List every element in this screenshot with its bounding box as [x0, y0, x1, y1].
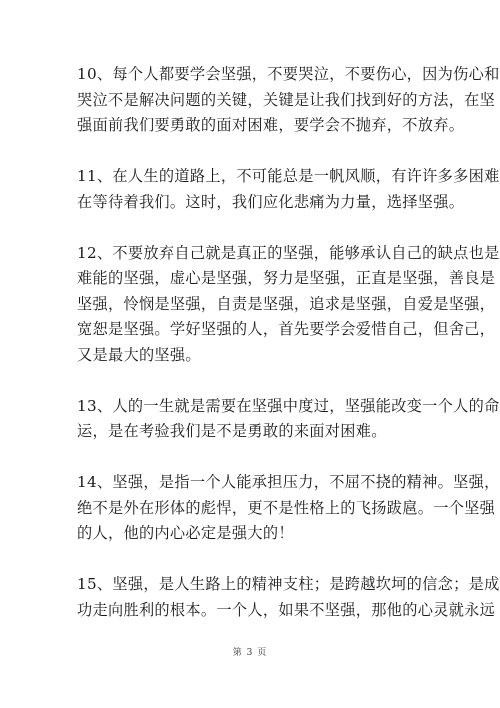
- page-number-footer: 第 3 页: [0, 645, 500, 658]
- paragraph-line: 12、不要放弃自己就是真正的坚强，能够承认自己的缺点也是: [77, 241, 417, 267]
- paragraph-line: 的人，他的内心必定是强大的！: [77, 521, 417, 547]
- paragraph-line: 绝不是外在形体的彪悍，更不是性格上的飞扬跋扈。一个坚强: [77, 496, 417, 522]
- paragraph-10: 10、每个人都要学会坚强，不要哭泣，不要伤心，因为伤心和 哭泣不是解决问题的关键…: [77, 62, 417, 139]
- paragraph-line: 运，是在考验我们是不是勇敢的来面对困难。: [77, 419, 417, 445]
- paragraph-line: 15、坚强，是人生路上的精神支柱；是跨越坎坷的信念；是成: [77, 572, 417, 598]
- paragraph-14: 14、坚强，是指一个人能承担压力，不屈不挠的精神。坚强， 绝不是外在形体的彪悍，…: [77, 470, 417, 547]
- paragraph-line: 13、人的一生就是需要在坚强中度过，坚强能改变一个人的命: [77, 394, 417, 420]
- paragraph-11: 11、在人生的道路上，不可能总是一帆风顺，有许许多多困难 在等待着我们。这时，我…: [77, 164, 417, 215]
- page-content: 10、每个人都要学会坚强，不要哭泣，不要伤心，因为伤心和 哭泣不是解决问题的关键…: [77, 62, 417, 649]
- paragraph-line: 又是最大的坚强。: [77, 343, 417, 369]
- paragraph-line: 功走向胜利的根本。一个人，如果不坚强，那他的心灵就永远: [77, 598, 417, 624]
- paragraph-15: 15、坚强，是人生路上的精神支柱；是跨越坎坷的信念；是成 功走向胜利的根本。一个…: [77, 572, 417, 623]
- paragraph-line: 哭泣不是解决问题的关键，关键是让我们找到好的方法，在坚: [77, 88, 417, 114]
- document-page: 10、每个人都要学会坚强，不要哭泣，不要伤心，因为伤心和 哭泣不是解决问题的关键…: [0, 0, 500, 708]
- paragraph-line: 强面前我们要勇敢的面对困难，要学会不抛弃，不放弃。: [77, 113, 417, 139]
- paragraph-line: 坚强，怜悯是坚强，自责是坚强，追求是坚强，自爱是坚强，: [77, 292, 417, 318]
- paragraph-line: 10、每个人都要学会坚强，不要哭泣，不要伤心，因为伤心和: [77, 62, 417, 88]
- paragraph-line: 宽恕是坚强。学好坚强的人，首先要学会爱惜自己，但舍己，: [77, 317, 417, 343]
- paragraph-line: 在等待着我们。这时，我们应化悲痛为力量，选择坚强。: [77, 190, 417, 216]
- paragraph-line: 14、坚强，是指一个人能承担压力，不屈不挠的精神。坚强，: [77, 470, 417, 496]
- paragraph-line: 11、在人生的道路上，不可能总是一帆风顺，有许许多多困难: [77, 164, 417, 190]
- paragraph-12: 12、不要放弃自己就是真正的坚强，能够承认自己的缺点也是 难能的坚强，虚心是坚强…: [77, 241, 417, 369]
- paragraph-13: 13、人的一生就是需要在坚强中度过，坚强能改变一个人的命 运，是在考验我们是不是…: [77, 394, 417, 445]
- paragraph-line: 难能的坚强，虚心是坚强，努力是坚强，正直是坚强，善良是: [77, 266, 417, 292]
